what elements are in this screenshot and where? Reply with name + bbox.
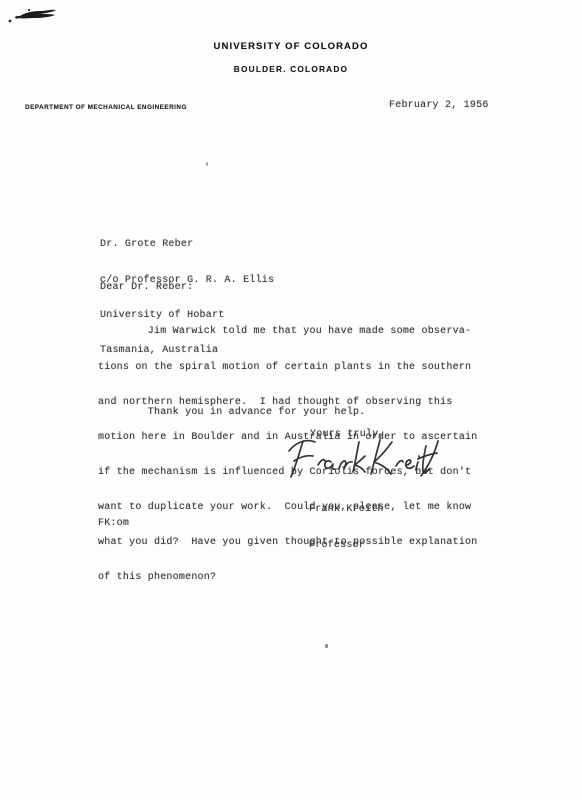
ink-dot-2: [28, 9, 30, 11]
signer-title: Professor: [309, 540, 384, 552]
letter-date: February 2, 1956: [389, 100, 489, 112]
body-line: what you did? Have you given thought to …: [98, 537, 477, 549]
recipient-name: Dr. Grote Reber: [100, 239, 274, 251]
letterhead-department: DEPARTMENT OF MECHANICAL ENGINEERING: [25, 104, 187, 111]
body-line: want to duplicate your work. Could you, …: [98, 502, 477, 514]
letter-page: UNIVERSITY OF COLORADO BOULDER. COLORADO…: [0, 0, 582, 800]
thanks-line: Thank you in advance for your help.: [98, 407, 366, 419]
signature-stroke-kreith-rest: [396, 441, 438, 476]
signer-name: Frank Kreith: [309, 504, 384, 516]
scan-speck: [325, 644, 328, 648]
signature-stroke-frank-f: [289, 441, 315, 477]
body-line: tions on the spiral motion of certain pl…: [98, 362, 477, 374]
letterhead-city: BOULDER. COLORADO: [0, 64, 582, 74]
signer-block: Frank Kreith Professor: [309, 481, 384, 575]
body-line: Jim Warwick told me that you have made s…: [98, 326, 477, 338]
signature-stroke-kreith-k: [371, 440, 392, 474]
ink-dot: [9, 20, 12, 23]
letterhead-university: UNIVERSITY OF COLORADO: [0, 41, 582, 52]
ink-smudge-shape: [15, 10, 56, 19]
reference-initials: FK:om: [98, 518, 129, 530]
body-line: of this phenomenon?: [98, 572, 477, 584]
ink-smudge-mark: [6, 4, 72, 32]
salutation: Dear Dr. Reber:: [100, 282, 193, 294]
handwritten-signature: [286, 434, 444, 486]
stray-mark: ': [204, 163, 210, 174]
signature-stroke-frank-rest: [318, 442, 365, 472]
